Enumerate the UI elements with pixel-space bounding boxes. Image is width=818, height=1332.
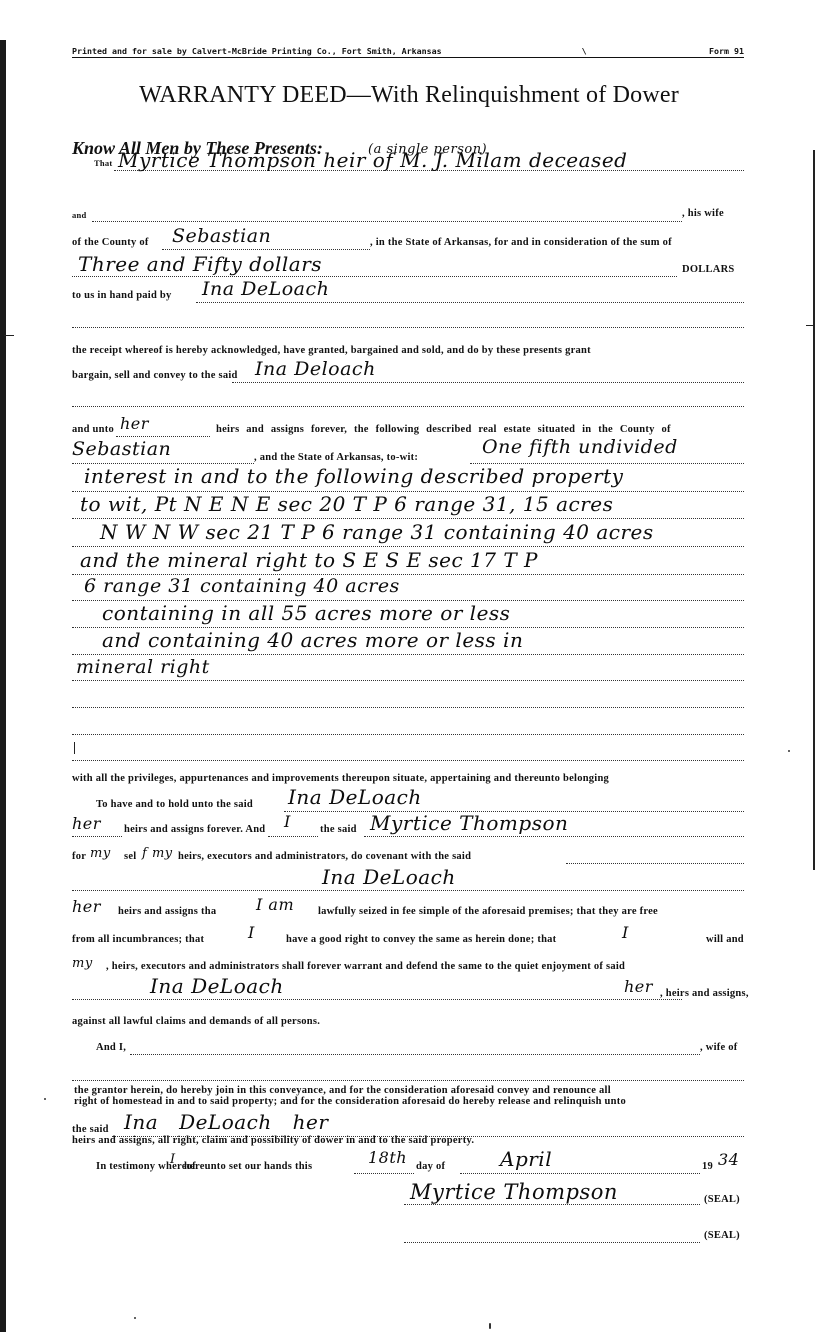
- dower-wife-field-line: [130, 1054, 700, 1055]
- description-line: N W N W sec 21 T P 6 range 31 containing…: [100, 520, 654, 544]
- label-the-said: the said: [320, 824, 357, 835]
- spouse-field-line: [92, 221, 682, 222]
- month-field: April: [500, 1147, 552, 1171]
- printer-header: Printed and for sale by Calvert-McBride …: [72, 46, 744, 58]
- label-heirs-executors: heirs, executors and administrators, do …: [178, 851, 471, 862]
- sum-field-line: [72, 276, 677, 277]
- privileges-clause: with all the privileges, appurtenances a…: [72, 773, 609, 784]
- county-field: Sebastian: [172, 225, 271, 247]
- unto-field: her: [120, 414, 149, 433]
- label-his-wife: , his wife: [682, 208, 724, 219]
- heirs-forever-clause: heirs and assigns forever, the following…: [216, 424, 671, 435]
- my-field: f my: [142, 846, 173, 861]
- description-line: One fifth undivided: [482, 436, 678, 458]
- description-line: containing in all 55 acres more or less: [102, 601, 510, 625]
- signature-grantor: Myrtice Thompson: [410, 1180, 618, 1204]
- relinquish-to-field: Ina DeLoach her: [124, 1110, 328, 1134]
- paid-by-field-line: [196, 302, 744, 303]
- my-field: my: [72, 956, 93, 971]
- signature-line-2: [404, 1242, 700, 1243]
- blank-line: [72, 327, 744, 328]
- label-dollars: DOLLARS: [682, 264, 735, 275]
- covenant-with-field: Ina DeLoach: [322, 865, 456, 889]
- description-line: mineral right: [76, 656, 210, 678]
- label-state-consideration: , in the State of Arkansas, for and in c…: [370, 237, 672, 248]
- warrant-defend-clause: , heirs, executors and administrators sh…: [106, 961, 625, 972]
- dower-clause-1: the grantor herein, do hereby join in th…: [74, 1085, 744, 1096]
- grantor-2-field: Myrtice Thompson: [370, 811, 568, 835]
- label-will-and: will and: [706, 934, 744, 945]
- description-line: to wit, Pt N E N E sec 20 T P 6 range 31…: [80, 492, 613, 516]
- year-field: 34: [718, 1150, 739, 1169]
- i-am-field: I am: [256, 895, 294, 914]
- field-line: [72, 890, 744, 891]
- her-field: her: [624, 977, 653, 996]
- printer-line: Printed and for sale by Calvert-McBride …: [72, 46, 442, 56]
- unto-field-line: [116, 436, 210, 437]
- label-heirs-forever-and: heirs and assigns forever. And: [124, 824, 265, 835]
- day-field: 18th: [368, 1148, 407, 1167]
- description-line: and the mineral right to S E S E sec 17 …: [80, 548, 538, 572]
- enjoyment-of-field: Ina DeLoach: [150, 974, 284, 998]
- scan-speck: [489, 1323, 491, 1329]
- label-and: and: [72, 210, 86, 220]
- label-wife-of: , wife of: [700, 1042, 738, 1053]
- field-line: [268, 836, 318, 837]
- label-for: for: [72, 851, 86, 862]
- field-line: [364, 836, 744, 837]
- receipt-clause: the receipt whereof is hereby acknowledg…: [72, 345, 591, 356]
- label-to-have: To have and to hold unto the said: [96, 799, 253, 810]
- label-to-wit: , and the State of Arkansas, to-wit:: [254, 452, 418, 463]
- field-line: [460, 1173, 700, 1174]
- label-and-i: And I,: [96, 1042, 126, 1053]
- paid-by-field: Ina DeLoach: [202, 278, 329, 300]
- label-paid-by: to us in hand paid by: [72, 290, 172, 301]
- blank-line: [72, 406, 744, 407]
- lawfully-seized-clause: lawfully seized in fee simple of the afo…: [318, 906, 658, 917]
- field-line: [354, 1173, 414, 1174]
- dower-clause-2: right of homestead in and to said proper…: [74, 1096, 744, 1107]
- good-right-clause: have a good right to convey the same as …: [286, 934, 556, 945]
- seal-label-2: (SEAL): [704, 1230, 740, 1241]
- label-county: of the County of: [72, 237, 149, 248]
- field-line: [566, 863, 744, 864]
- scan-mark: [4, 335, 14, 336]
- document-title: WARRANTY DEED—With Relinquishment of Dow…: [0, 82, 818, 109]
- label-the-said-2: the said: [72, 1124, 109, 1135]
- grantee-field: Ina Deloach: [255, 358, 376, 380]
- grantee-field-line: [232, 382, 744, 383]
- form-number: Form 91: [709, 46, 744, 56]
- scan-left-border: [0, 40, 6, 1332]
- my-field: my: [90, 846, 111, 861]
- label-from-all: from all incumbrances; that: [72, 934, 204, 945]
- seal-label-1: (SEAL): [704, 1194, 740, 1205]
- scan-right-border: [813, 150, 815, 870]
- scan-speck: [788, 750, 790, 752]
- we-field: I: [170, 1152, 176, 1167]
- grantor-field: Myrtice Thompson heir of M. J. Milam dec…: [118, 148, 627, 172]
- label-convey-to: bargain, sell and convey to the said: [72, 370, 238, 381]
- label-heirs-assigns-tha: heirs and assigns tha: [118, 906, 216, 917]
- scan-speck: [44, 1098, 46, 1100]
- label-day-of: day of: [416, 1161, 445, 1172]
- label-year-prefix: 19: [702, 1161, 713, 1172]
- label-that: That: [94, 158, 112, 168]
- label-sel: sel: [124, 851, 136, 862]
- county-field-line: [162, 249, 370, 250]
- label-and-unto: and unto: [72, 424, 114, 435]
- description-line: and containing 40 acres more or less in: [102, 628, 523, 652]
- to-hold-field: Ina DeLoach: [288, 785, 422, 809]
- description-line: 6 range 31 containing 40 acres: [84, 575, 400, 597]
- label-hereunto: hereunto set our hands this: [184, 1161, 312, 1172]
- i-field: I: [284, 812, 291, 831]
- scan-mark: [806, 325, 814, 326]
- against-claims-clause: against all lawful claims and demands of…: [72, 1016, 320, 1027]
- her-field: her: [72, 897, 101, 916]
- label-heirs-assigns: , heirs and assigns,: [660, 988, 749, 999]
- scan-speck: [134, 1317, 136, 1319]
- i-field: I: [622, 923, 629, 942]
- printer-mark: \: [582, 46, 587, 56]
- i-field: I: [248, 923, 255, 942]
- field-line: [72, 999, 682, 1000]
- her-field: her: [72, 814, 101, 833]
- field-line: [72, 836, 122, 837]
- husband-field-line: [72, 1080, 744, 1081]
- dower-clause-3: heirs and assigns, all right, claim and …: [72, 1135, 474, 1146]
- signature-line-1: [404, 1204, 700, 1205]
- sum-field: Three and Fifty dollars: [78, 252, 322, 276]
- county-2-field: Sebastian: [72, 438, 171, 460]
- description-line: interest in and to the following describ…: [84, 464, 623, 488]
- label-testimony: In testimony whereof: [96, 1161, 196, 1172]
